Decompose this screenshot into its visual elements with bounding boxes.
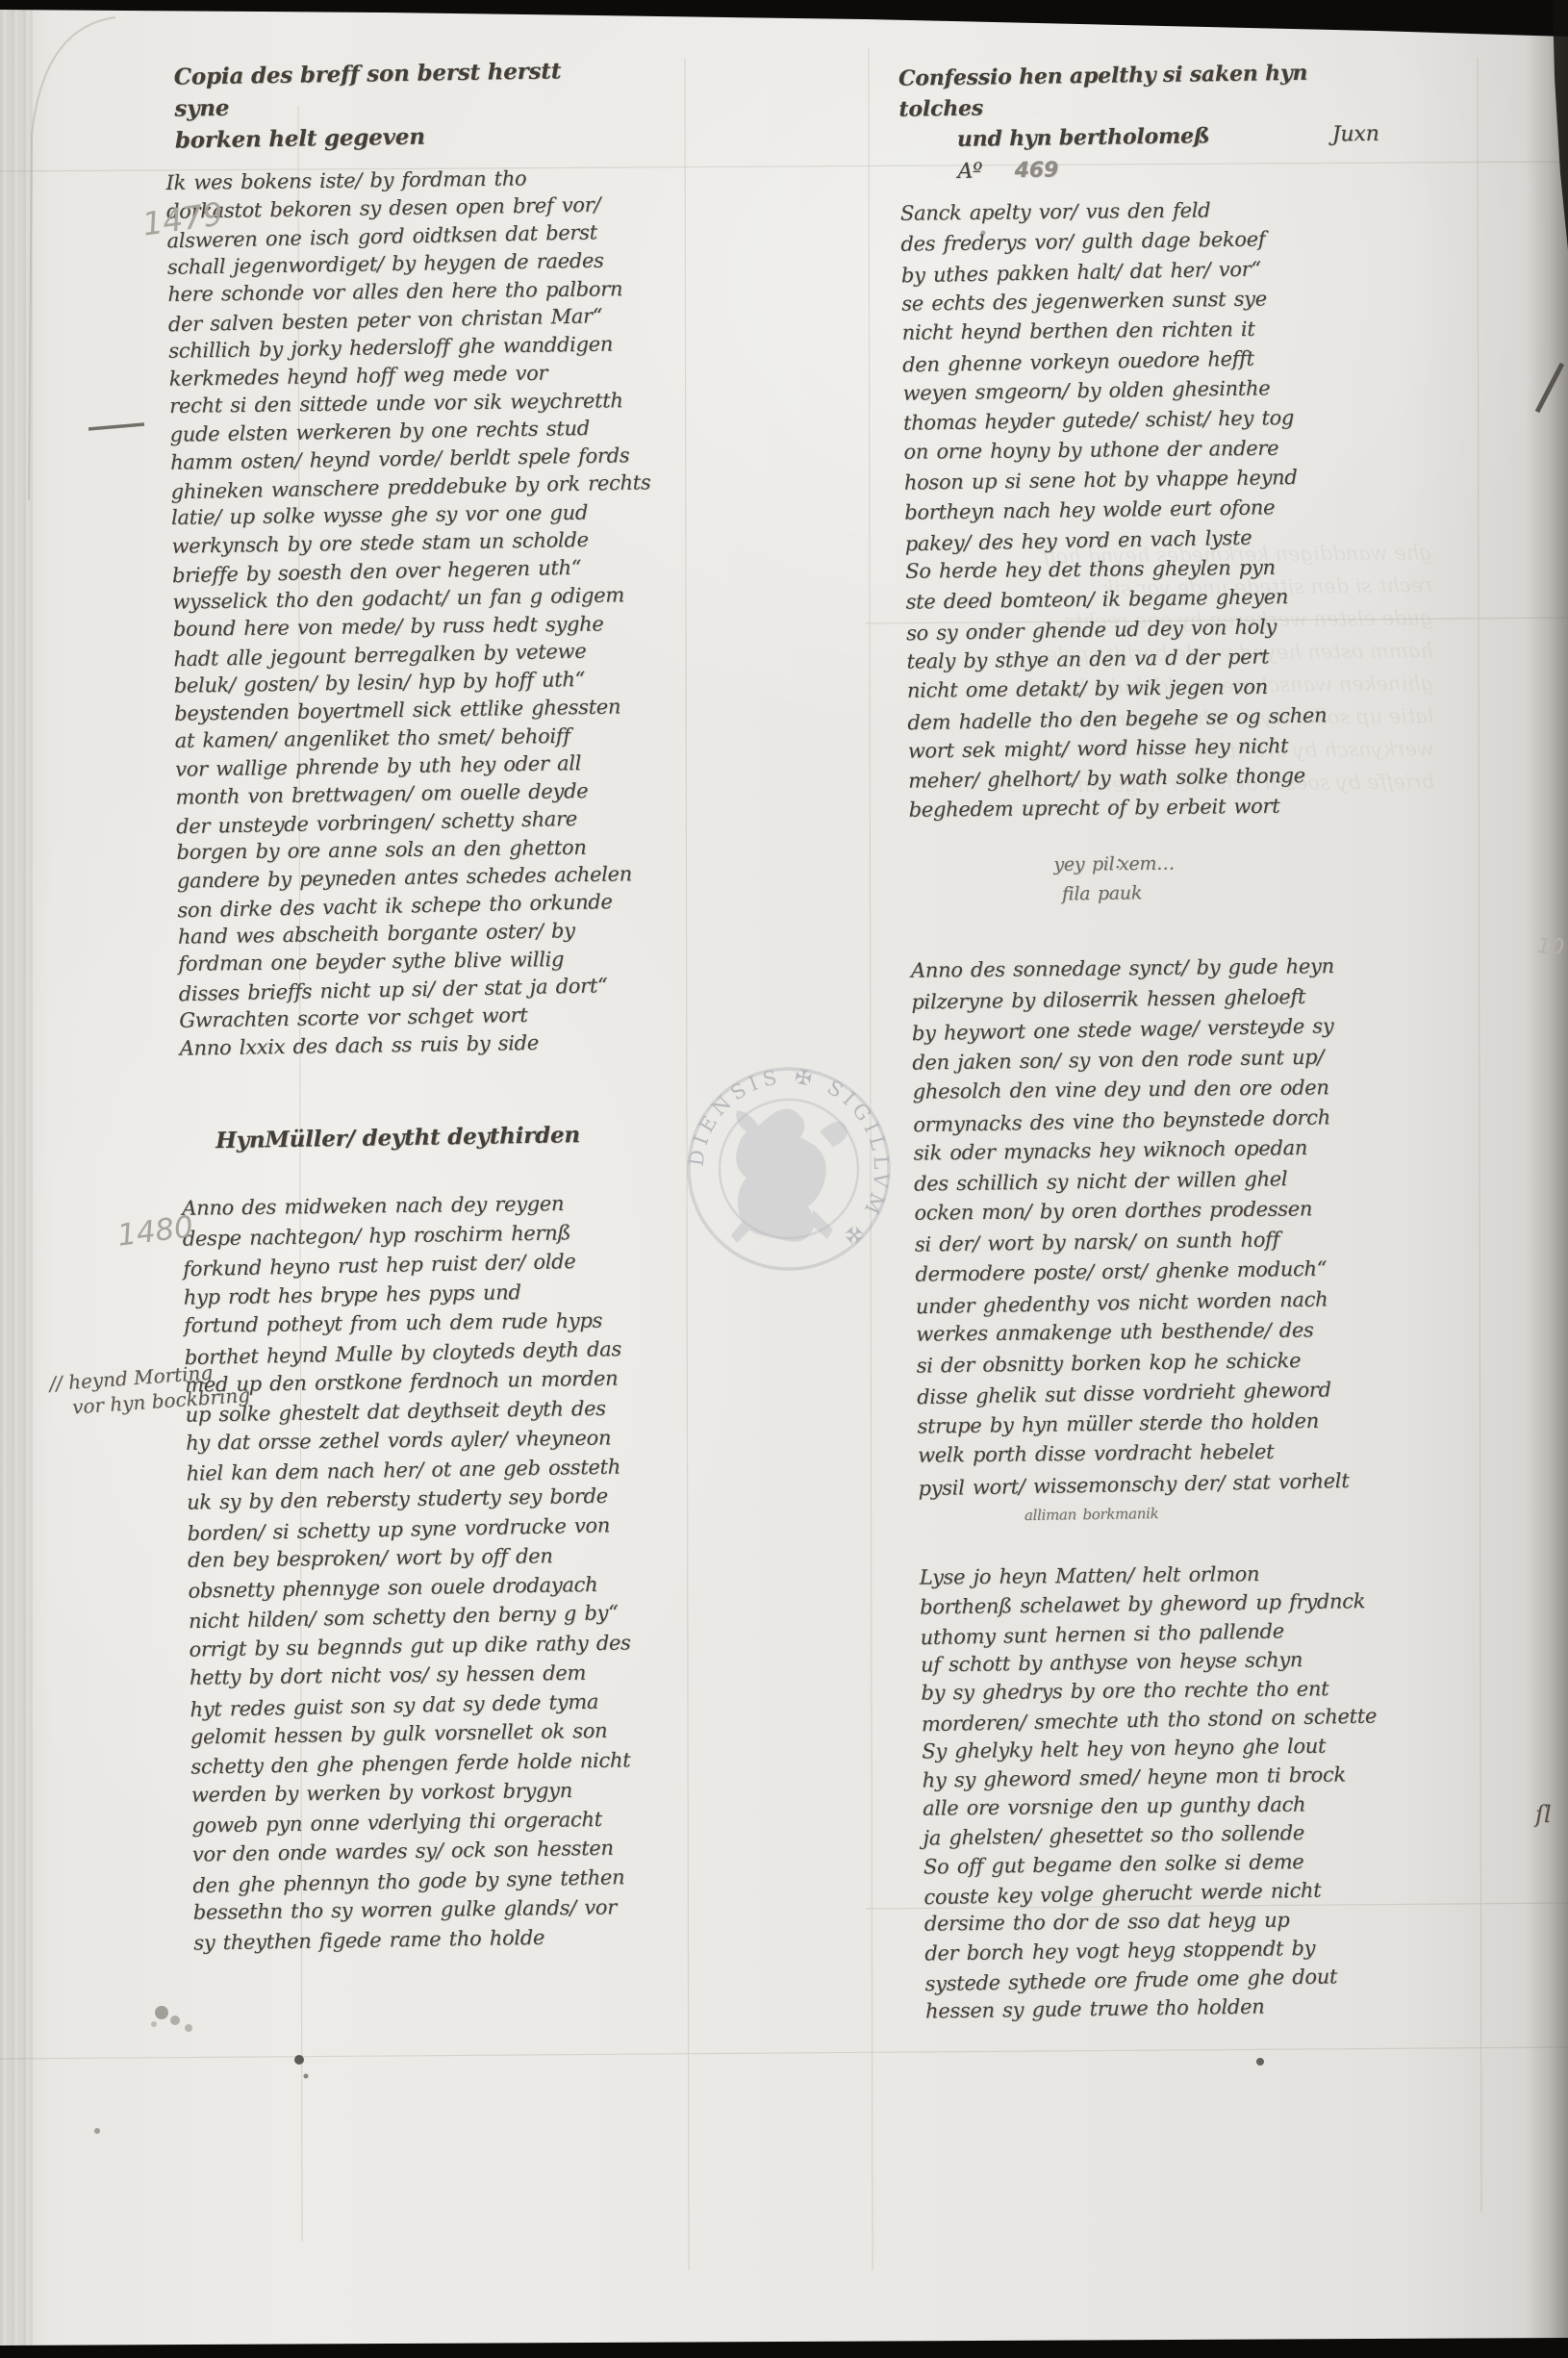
book-binding-edge: [0, 0, 33, 2358]
note-line: yey pil∶xem…: [1053, 847, 1409, 879]
manuscript-line: Ik wes bokens iste/ by fordman tho: [165, 164, 618, 197]
manuscript-scan: DIENSIS ✠ SIGILLVM ✠: [0, 0, 1568, 2358]
right-paragraph-1: Sanck apelty vor/ vus den felddes freder…: [900, 192, 1409, 825]
manuscript-line: Lyse jo heyn Matten/ helt orlmon: [920, 1558, 1420, 1591]
manuscript-line: So herde hey det thons gheylen pyn: [905, 551, 1405, 586]
right-note-block: yey pil∶xem… fila pauk: [1053, 846, 1410, 908]
manuscript-line: den bey besproken/ wort by off den: [188, 1540, 640, 1575]
manuscript-line: werden by werken by vorkost brygyn: [191, 1775, 644, 1810]
left-paragraph-2: Anno des midweken nach dey reygendespe n…: [182, 1187, 645, 1957]
left-column: Copia des breff son berst herstt syne bo…: [164, 54, 646, 1957]
manuscript-line: Anno des sonnedage synct/ by gude heyn: [911, 951, 1411, 986]
manuscript-line: dersime tho dor de sso dat heyg up: [924, 1904, 1425, 1938]
manuscript-line: on orne hoyny by uthone der andere: [903, 432, 1404, 467]
heading-text: und hyn bertholomeß: [957, 123, 1210, 152]
manuscript-line: latie/ up solke wysse ghe sy vor one gud: [171, 498, 623, 532]
manuscript-line: ocken mon/ by oren dorthes prodessen: [914, 1193, 1414, 1229]
right-column-heading: Confessio hen apelthy si saken hyn tolch…: [898, 56, 1401, 188]
page-gutter-shadow: [1526, 0, 1568, 2358]
right-paragraph-2: Anno des sonnedage synct/ by gude heynpi…: [911, 950, 1419, 1502]
manuscript-line: Anno lxxix des dach ss ruis by side: [179, 1027, 631, 1062]
left-paragraph-1: Ik wes bokens iste/ by fordman thodorkas…: [165, 163, 632, 1062]
heading-line: Confessio hen apelthy si saken hyn tolch…: [898, 56, 1400, 124]
right-margin-small-mark: ſl: [1535, 1801, 1552, 1828]
manuscript-line: recht si den sittede unde vor sik weychr…: [169, 387, 621, 420]
heading-line: und hyn bertholomeß Juxn Aº 469: [899, 117, 1401, 188]
left-column-heading: Copia des breff son berst herstt syne bo…: [164, 54, 618, 156]
manuscript-line: borgen by ore anne sols an den ghetton: [176, 833, 628, 867]
heading-line: Copia des breff son berst herstt syne: [174, 54, 618, 124]
note-line: fila pauk: [1054, 875, 1410, 908]
manuscript-line: beghedem uprecht of by erbeit wort: [908, 790, 1408, 824]
right-margin-number: 10: [1536, 934, 1565, 960]
right-column: Confessio hen apelthy si saken hyn tolch…: [898, 56, 1426, 2025]
right-paragraph-2-tail: alliman borkmanik: [1024, 1501, 1419, 1524]
manuscript-line: Anno des midweken nach dey reygen: [182, 1188, 634, 1223]
manuscript-line: bessethn tho sy worren gulke glands/ vor: [193, 1892, 645, 1927]
left-subheading: HynMüller/ deytht deythirden: [215, 1121, 633, 1154]
manuscript-line: alle ore vorsnige den up gunthy dach: [923, 1788, 1423, 1822]
right-paragraph-3: Lyse jo heyn Matten/ helt orlmonborthenß…: [920, 1557, 1427, 2025]
manuscript-line: at kamen/ angenliket tho smet/ behoiff: [174, 722, 626, 755]
folio-number: 469: [989, 158, 1058, 183]
manuscript-line: werkes anmakenge uth besthende/ des: [916, 1314, 1416, 1350]
heading-line: borken helt gegeven: [175, 117, 618, 156]
manuscript-line: hy dat orsse zethel vords ayler/ vheyneo…: [186, 1423, 638, 1458]
manuscript-line: Sanck apelty vor/ vus den feld: [900, 193, 1401, 228]
